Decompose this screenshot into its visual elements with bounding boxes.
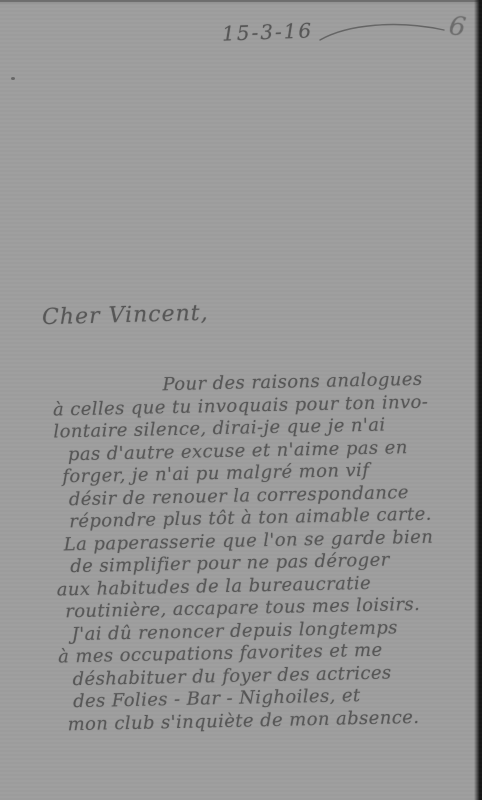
salutation: Cher Vincent, <box>42 301 209 330</box>
scan-right-edge <box>474 0 482 800</box>
pen-flourish-icon <box>318 16 448 46</box>
letter-body: Pour des raisons analogues à celles que … <box>66 368 473 736</box>
letter-date: 15-3-16 <box>222 18 314 45</box>
page-number: 6 <box>447 11 468 43</box>
scan-top-edge <box>0 0 482 2</box>
scanned-letter-page: 6 15-3-16 Cher Vincent, Pour des raisons… <box>0 0 482 800</box>
paper-speck <box>11 77 15 80</box>
